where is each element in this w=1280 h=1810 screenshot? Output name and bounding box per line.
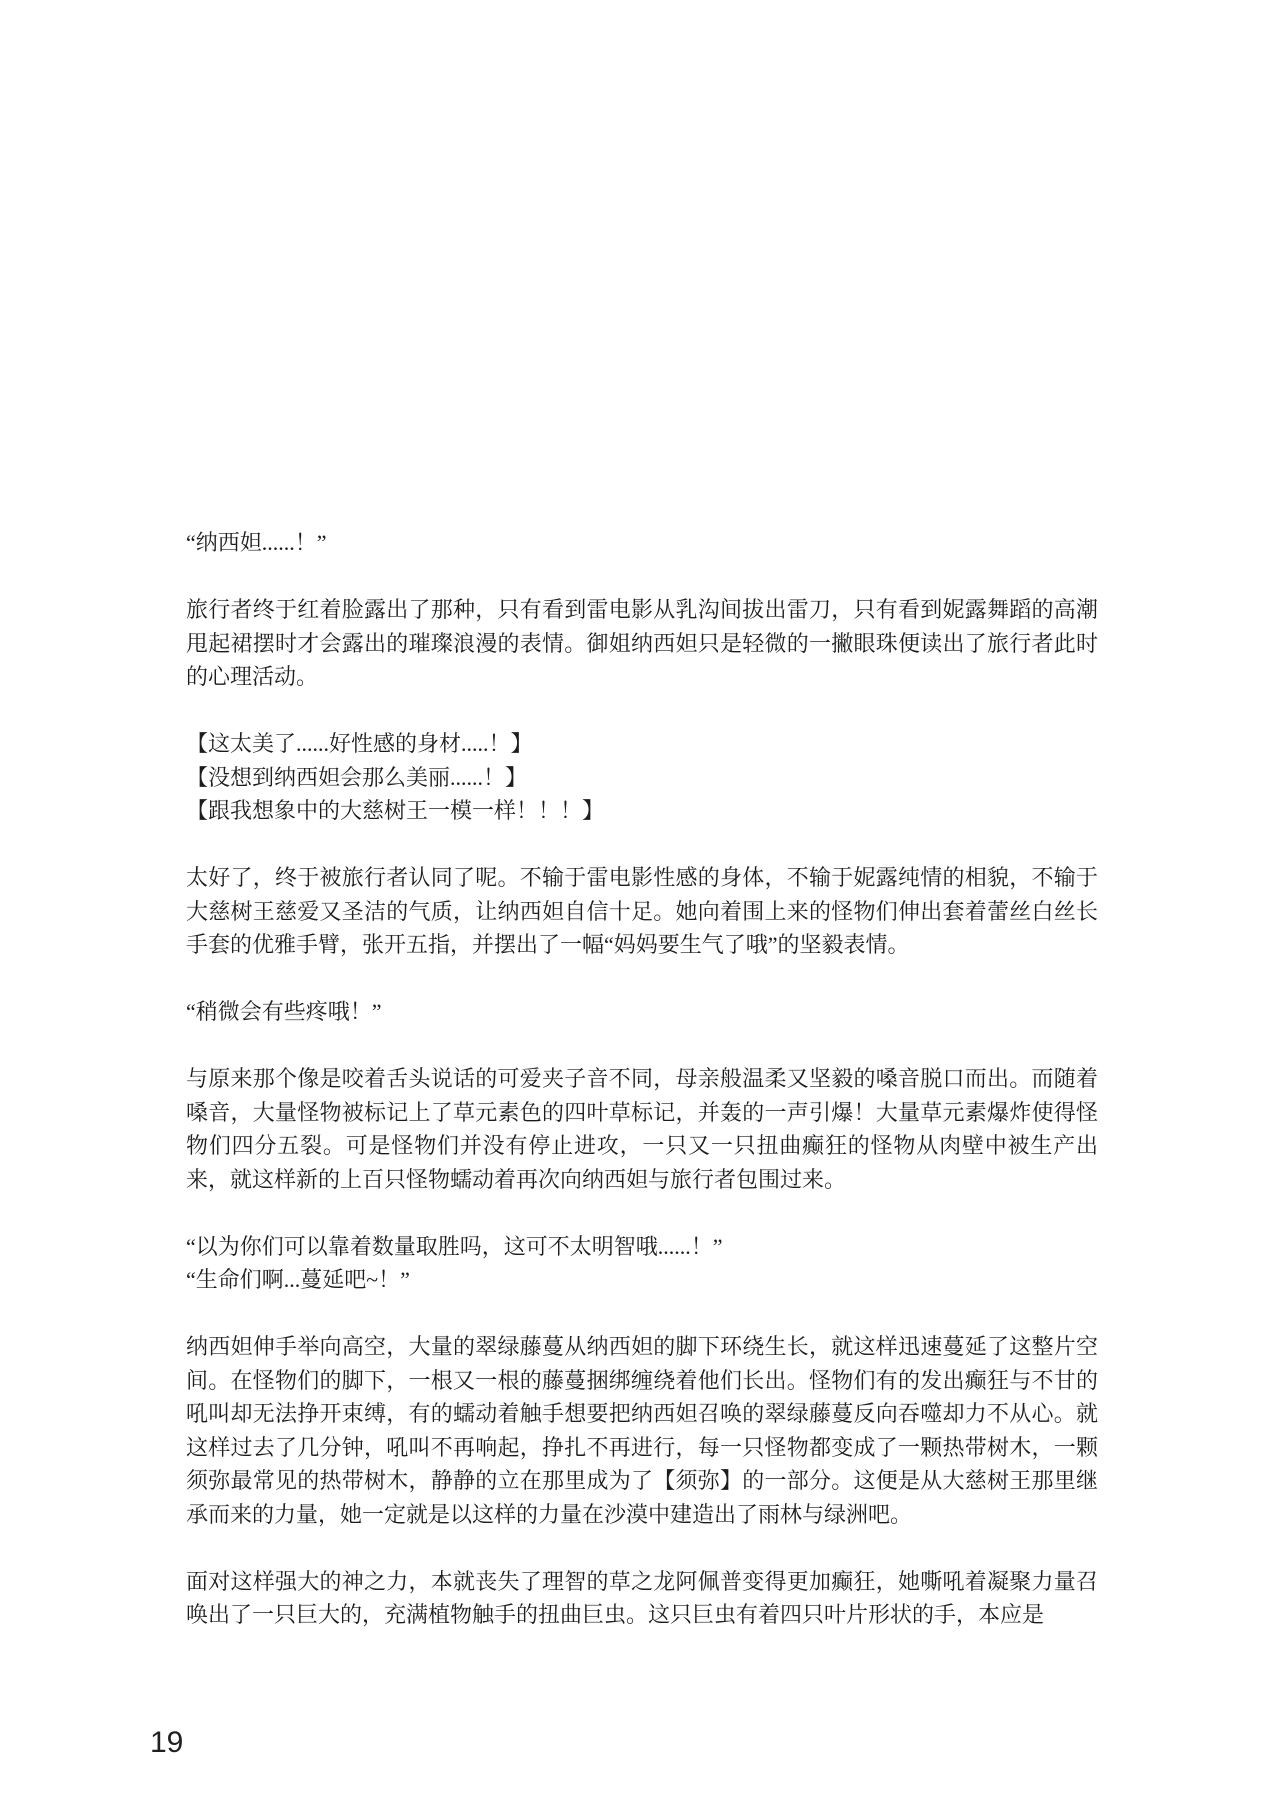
thought-line: 【没想到纳西妲会那么美丽......！】 [186, 761, 1098, 795]
thought-line: 【跟我想象中的大慈树王一模一样！！！】 [186, 794, 1098, 828]
narration-paragraph-traveler-expression: 旅行者终于红着脸露出了那种，只有看到雷电影从乳沟间拔出雷刀，只有看到妮露舞蹈的高… [186, 593, 1098, 694]
dialogue-line: “以为你们可以靠着数量取胜吗，这可不太明智哦......！” [186, 1230, 1098, 1264]
dialogue-line: “稍微会有些疼哦！” [186, 995, 1098, 1029]
narration-text: 与原来那个像是咬着舌头说话的可爱夹子音不同，母亲般温柔又坚毅的嗓音脱口而出。而随… [186, 1062, 1098, 1196]
narration-paragraph-confidence: 太好了，终于被旅行者认同了呢。不输于雷电影性感的身体，不输于妮露纯情的相貌，不输… [186, 861, 1098, 962]
dialogue-line: “生命们啊...蔓延吧~！” [186, 1263, 1098, 1297]
narration-text: 旅行者终于红着脸露出了那种，只有看到雷电影从乳沟间拔出雷刀，只有看到妮露舞蹈的高… [186, 593, 1098, 694]
dialogue-block-nahida-call: “纳西妲......！” [186, 526, 1098, 560]
narration-paragraph-apep: 面对这样强大的神之力，本就丧失了理智的草之龙阿佩普变得更加癫狂，她嘶吼着凝聚力量… [186, 1565, 1098, 1632]
thought-line: 【这太美了......好性感的身材.....！】 [186, 727, 1098, 761]
narration-text: 纳西妲伸手举向高空，大量的翠绿藤蔓从纳西妲的脚下环绕生长，就这样迅速蔓延了这整片… [186, 1330, 1098, 1531]
dialogue-block-taunt: “以为你们可以靠着数量取胜吗，这可不太明智哦......！” “生命们啊...蔓… [186, 1230, 1098, 1297]
dialogue-line: “纳西妲......！” [186, 526, 1098, 560]
narration-text: 太好了，终于被旅行者认同了呢。不输于雷电影性感的身体，不输于妮露纯情的相貌，不输… [186, 861, 1098, 962]
page-number: 19 [150, 1726, 183, 1760]
narration-text: 面对这样强大的神之力，本就丧失了理智的草之龙阿佩普变得更加癫狂，她嘶吼着凝聚力量… [186, 1565, 1098, 1632]
narration-paragraph-explosion: 与原来那个像是咬着舌头说话的可爱夹子音不同，母亲般温柔又坚毅的嗓音脱口而出。而随… [186, 1062, 1098, 1196]
inner-thoughts-block: 【这太美了......好性感的身材.....！】 【没想到纳西妲会那么美丽...… [186, 727, 1098, 828]
document-body: “纳西妲......！” 旅行者终于红着脸露出了那种，只有看到雷电影从乳沟间拔出… [186, 526, 1098, 1632]
narration-paragraph-vines: 纳西妲伸手举向高空，大量的翠绿藤蔓从纳西妲的脚下环绕生长，就这样迅速蔓延了这整片… [186, 1330, 1098, 1531]
document-page: “纳西妲......！” 旅行者终于红着脸露出了那种，只有看到雷电影从乳沟间拔出… [0, 0, 1280, 1810]
dialogue-block-pain-warning: “稍微会有些疼哦！” [186, 995, 1098, 1029]
